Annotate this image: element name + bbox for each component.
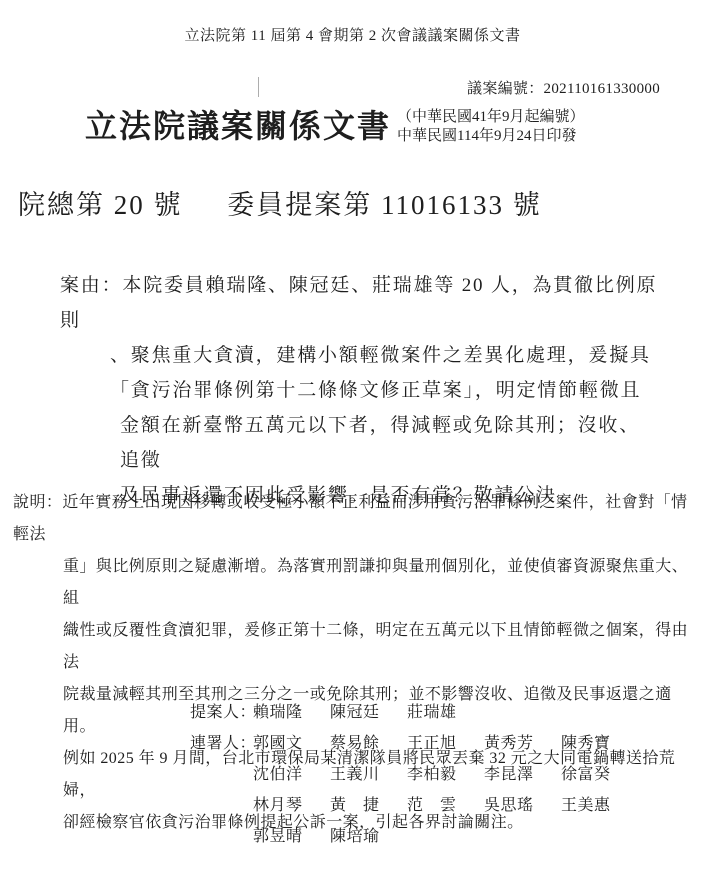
cosigners-label: 連署人：: [190, 728, 253, 759]
title-notes: （中華民國41年9月起編號） 中華民國114年9月24日印發: [397, 104, 585, 146]
proposer-name: 賴瑞隆: [253, 697, 330, 728]
explanation-line: 說明：近年實務上出現因移轉或收受極小額不正利益而涉用貪污治罪條例之案件，社會對「…: [13, 487, 699, 551]
proposer-name: 莊瑞雄: [407, 697, 484, 728]
subject-line: 「貪污治罪條例第十二條條文修正草案」，明定情節輕微且: [60, 373, 660, 408]
cosigner-name: 林月琴: [253, 790, 330, 821]
cosigner-name: 沈伯洋: [253, 759, 330, 790]
subject-line: 、聚焦重大貪瀆，建構小額輕微案件之差異化處理，爰擬具: [60, 338, 660, 373]
bill-number-label: 議案編號：: [467, 81, 544, 97]
title-row: 立法院議案關係文書 （中華民國41年9月起編號） 中華民國114年9月24日印發: [85, 104, 585, 148]
proposers-row: 提案人： 賴瑞隆 陳冠廷 莊瑞雄: [190, 697, 638, 728]
cosigner-name: 范 雲: [407, 790, 484, 821]
cosigner-name: 徐富癸: [561, 759, 638, 790]
cosigner-name: 蔡易餘: [330, 728, 407, 759]
cosigner-name: 黃 捷: [330, 790, 407, 821]
proposer-name: 陳冠廷: [330, 697, 407, 728]
proposal-case-number: 委員提案第 11016133 號: [227, 190, 542, 220]
bill-number-value: 202110161330000: [544, 81, 660, 97]
title-note-print-date: 中華民國114年9月24日印發: [397, 127, 585, 146]
cosigner-name: 李昆澤: [484, 759, 561, 790]
general-case-number: 院總第 20 號: [18, 190, 183, 220]
cosigners-row: 郭昱晴 陳培瑜: [190, 821, 638, 852]
cosigner-name: 王正旭: [407, 728, 484, 759]
cosigners-label-spacer: [190, 790, 253, 821]
cosigner-name: 吳思瑤: [484, 790, 561, 821]
cosigner-name: 陳秀寶: [561, 728, 638, 759]
subject-line: 案由：本院委員賴瑞隆、陳冠廷、莊瑞雄等 20 人，為貫徹比例原則: [60, 268, 660, 338]
signatories-section: 提案人： 賴瑞隆 陳冠廷 莊瑞雄 連署人： 郭國文 蔡易餘 王正旭 黃秀芳 陳秀…: [190, 697, 638, 852]
cosigner-name: 李柏毅: [407, 759, 484, 790]
title-note-numbering: （中華民國41年9月起編號）: [397, 108, 585, 127]
cosigners-row: 林月琴 黃 捷 范 雲 吳思瑤 王美惠: [190, 790, 638, 821]
cosigners-label-spacer: [190, 821, 253, 852]
cosigner-name: 王義川: [330, 759, 407, 790]
subject-text: 本院委員賴瑞隆、陳冠廷、莊瑞雄等 20 人，為貫徹比例原則: [60, 275, 657, 331]
fold-mark: [258, 77, 259, 97]
subject-label: 案由：: [60, 275, 122, 296]
bill-number: 議案編號：202110161330000: [467, 77, 660, 98]
subject-line: 金額在新臺幣五萬元以下者，得減輕或免除其刑；沒收、追徵: [60, 408, 660, 478]
cosigner-name: 王美惠: [561, 790, 638, 821]
explanation-line: 重」與比例原則之疑慮漸增。為落實刑罰謙抑與量刑個別化，並使偵審資源聚焦重大、組: [13, 551, 699, 615]
subject-section: 案由：本院委員賴瑞隆、陳冠廷、莊瑞雄等 20 人，為貫徹比例原則 、聚焦重大貪瀆…: [60, 268, 660, 513]
explanation-line: 織性或反覆性貪瀆犯罪，爰修正第十二條，明定在五萬元以下且情節輕微之個案，得由法: [13, 615, 699, 679]
explanation-label: 說明：: [13, 494, 62, 511]
explanation-text: 近年實務上出現因移轉或收受極小額不正利益而涉用貪污治罪條例之案件，社會對「情輕法: [13, 494, 687, 543]
document-title: 立法院議案關係文書: [85, 104, 391, 148]
cosigner-name: 郭國文: [253, 728, 330, 759]
cosigners-label-spacer: [190, 759, 253, 790]
session-header-line: 立法院第 11 屆第 4 會期第 2 次會議議案關係文書: [0, 24, 705, 45]
proposers-label: 提案人：: [190, 697, 253, 728]
cosigners-row: 沈伯洋 王義川 李柏毅 李昆澤 徐富癸: [190, 759, 638, 790]
cosigner-name: 黃秀芳: [484, 728, 561, 759]
document-page: 立法院第 11 屆第 4 會期第 2 次會議議案關係文書 議案編號：202110…: [0, 0, 705, 872]
cosigners-row: 連署人： 郭國文 蔡易餘 王正旭 黃秀芳 陳秀寶: [190, 728, 638, 759]
case-number-row: 院總第 20 號 委員提案第 11016133 號: [18, 183, 542, 222]
cosigner-name: 陳培瑜: [330, 821, 407, 852]
cosigner-name: 郭昱晴: [253, 821, 330, 852]
